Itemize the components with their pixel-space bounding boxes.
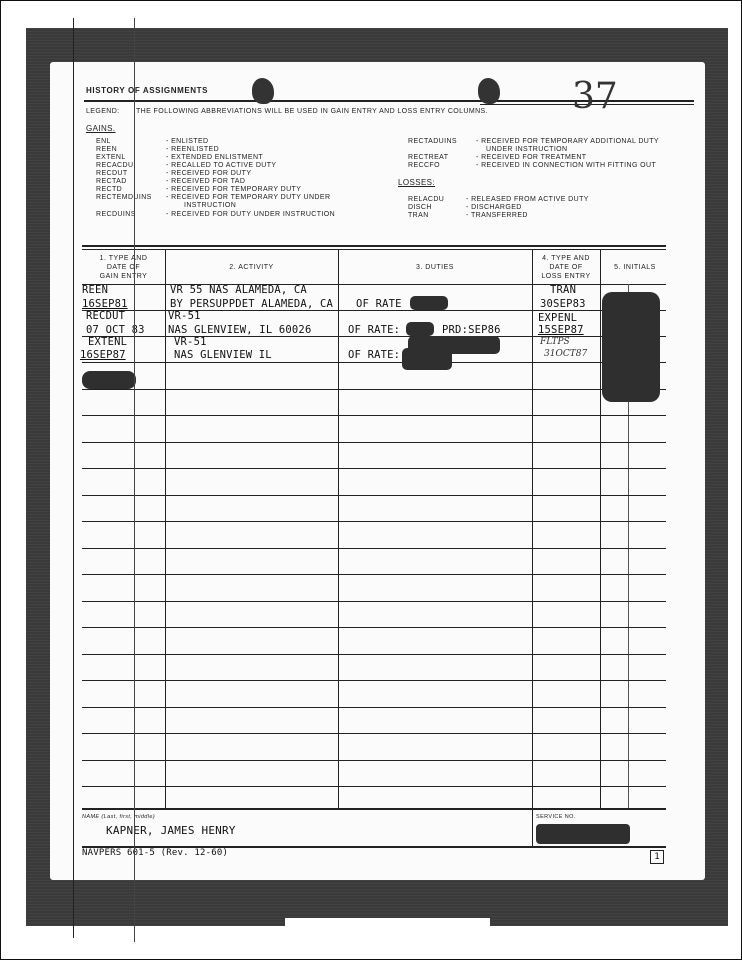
col-divider bbox=[165, 249, 166, 809]
gain-desc: - EXTENDED ENLISTMENT bbox=[166, 154, 263, 161]
initials-redaction bbox=[602, 292, 660, 402]
row-line bbox=[82, 415, 666, 416]
gain-code: RECACDU bbox=[96, 162, 133, 169]
table-top-rule-2 bbox=[82, 249, 666, 250]
row-line bbox=[82, 760, 666, 761]
punch-hole-redaction bbox=[478, 78, 500, 104]
row-line bbox=[82, 786, 666, 787]
service-no-redaction bbox=[536, 824, 630, 844]
gain-desc: - RECEIVED FOR TAD bbox=[166, 178, 245, 185]
activity: VR 55 NAS ALAMEDA, CA bbox=[170, 284, 307, 296]
row-line bbox=[82, 495, 666, 496]
duties: OF RATE: bbox=[348, 324, 400, 336]
gain-type: REEN bbox=[82, 284, 108, 296]
footer-divider bbox=[532, 810, 533, 846]
gain-code: RECDUINS bbox=[96, 211, 136, 218]
row-line bbox=[82, 548, 666, 549]
gains-label: GAINS. bbox=[86, 124, 116, 133]
name-value: KAPNER, JAMES HENRY bbox=[106, 824, 236, 837]
gain-date: 16SEP81 bbox=[82, 298, 128, 310]
row-line bbox=[82, 442, 666, 443]
legend-text: THE FOLLOWING ABBREVIATIONS WILL BE USED… bbox=[136, 108, 488, 115]
row-line bbox=[82, 389, 666, 390]
row-line bbox=[82, 601, 666, 602]
scanner-notch bbox=[285, 918, 490, 930]
redaction bbox=[410, 296, 448, 310]
page-title: HISTORY OF ASSIGNMENTS bbox=[86, 86, 208, 95]
form-id: NAVPERS 601-5 (Rev. 12-60) bbox=[82, 848, 228, 858]
gain-desc: - RECEIVED FOR DUTY UNDER INSTRUCTION bbox=[166, 211, 335, 218]
row-line bbox=[82, 468, 666, 469]
document-page: HISTORY OF ASSIGNMENTS 37 LEGEND: THE FO… bbox=[50, 62, 705, 880]
loss-desc: - RELEASED FROM ACTIVE DUTY bbox=[466, 196, 589, 203]
row-line bbox=[82, 362, 666, 363]
duties: OF RATE: bbox=[348, 349, 400, 361]
gain-code: RECDUT bbox=[96, 170, 128, 177]
row-line bbox=[82, 707, 666, 708]
gain-desc: - RECEIVED FOR TEMPORARY ADDITIONAL DUTY bbox=[476, 138, 659, 145]
service-no-label: SERVICE NO. bbox=[536, 814, 576, 820]
redaction bbox=[82, 371, 136, 389]
activity: NAS GLENVIEW, IL 60026 bbox=[168, 324, 311, 336]
gain-code: REEN bbox=[96, 146, 117, 153]
loss-date: 30SEP83 bbox=[540, 298, 586, 310]
loss-code: RELACDU bbox=[408, 196, 444, 203]
header-loss-entry: 4. TYPE AND DATE OF LOSS ENTRY bbox=[532, 254, 600, 281]
row-line bbox=[82, 574, 666, 575]
loss-type: EXPENL bbox=[538, 312, 577, 324]
loss-handwritten-date: 31OCT87 bbox=[544, 349, 587, 359]
row-line bbox=[82, 521, 666, 522]
gain-code: RECCFO bbox=[408, 162, 440, 169]
header-activity: 2. ACTIVITY bbox=[165, 263, 338, 272]
row-line bbox=[82, 627, 666, 628]
header-initials: 5. INITIALS bbox=[600, 263, 670, 272]
table-bottom-rule bbox=[82, 808, 666, 810]
activity: VR-51 bbox=[174, 336, 207, 348]
scan-margin-line bbox=[73, 18, 74, 938]
loss-code: DISCH bbox=[408, 204, 432, 211]
scan-margin-line bbox=[134, 18, 135, 942]
gain-code: RECTREAT bbox=[408, 154, 448, 161]
redaction bbox=[406, 322, 434, 336]
gain-desc: - RECALLED TO ACTIVE DUTY bbox=[166, 162, 277, 169]
activity: BY PERSUPPDET ALAMEDA, CA bbox=[170, 298, 333, 310]
gain-desc-cont: UNDER INSTRUCTION bbox=[486, 146, 567, 153]
activity: NAS GLENVIEW IL bbox=[174, 349, 272, 361]
legend-label: LEGEND: bbox=[86, 108, 120, 115]
loss-code: TRAN bbox=[408, 212, 429, 219]
loss-desc: - DISCHARGED bbox=[466, 204, 522, 211]
gain-desc: - RECEIVED IN CONNECTION WITH FITTING OU… bbox=[476, 162, 656, 169]
punch-hole-redaction bbox=[252, 78, 274, 104]
gain-desc-cont: INSTRUCTION bbox=[184, 202, 236, 209]
gain-date: 16SEP87 bbox=[80, 349, 126, 361]
duties-prd: PRD:SEP86 bbox=[442, 324, 501, 336]
row-line bbox=[82, 733, 666, 734]
handwritten-page-number: 37 bbox=[572, 76, 618, 117]
name-label: NAME (Last, first, middle) bbox=[82, 814, 155, 820]
col-divider bbox=[600, 249, 601, 809]
gain-date: 07 OCT 83 bbox=[86, 324, 145, 336]
duties: OF RATE bbox=[356, 298, 402, 310]
header-duties: 3. DUTIES bbox=[338, 263, 532, 272]
page-number: 1 bbox=[650, 850, 664, 864]
row-line bbox=[82, 336, 666, 337]
gain-desc: - ENLISTED bbox=[166, 138, 209, 145]
gain-code: RECTADUINS bbox=[408, 138, 457, 145]
gain-code: RECTEMDUINS bbox=[96, 194, 152, 201]
gain-type: RECDUT bbox=[86, 310, 125, 322]
table-top-rule bbox=[82, 245, 666, 247]
header-gain-entry: 1. TYPE AND DATE OF GAIN ENTRY bbox=[82, 254, 165, 281]
row-line bbox=[82, 654, 666, 655]
gain-type: EXTENL bbox=[88, 336, 127, 348]
loss-handwritten: FLTPS bbox=[540, 337, 570, 347]
loss-desc: - TRANSFERRED bbox=[466, 212, 528, 219]
gain-desc: - RECEIVED FOR TREATMENT bbox=[476, 154, 586, 161]
col-divider bbox=[532, 249, 533, 809]
gain-desc: - RECEIVED FOR TEMPORARY DUTY UNDER bbox=[166, 194, 330, 201]
gain-desc: - RECEIVED FOR DUTY bbox=[166, 170, 251, 177]
loss-date: 15SEP87 bbox=[538, 324, 584, 336]
col-divider bbox=[338, 249, 339, 809]
activity: VR-51 bbox=[168, 310, 201, 322]
gain-code: EXTENL bbox=[96, 154, 126, 161]
gain-desc: - RECEIVED FOR TEMPORARY DUTY bbox=[166, 186, 301, 193]
loss-type: TRAN bbox=[550, 284, 576, 296]
losses-label: LOSSES: bbox=[398, 178, 435, 187]
gain-code: ENL bbox=[96, 138, 111, 145]
row-line bbox=[82, 680, 666, 681]
gain-code: RECTD bbox=[96, 186, 122, 193]
gain-desc: - REENLISTED bbox=[166, 146, 219, 153]
gain-code: RECTAD bbox=[96, 178, 127, 185]
redaction bbox=[402, 348, 452, 370]
